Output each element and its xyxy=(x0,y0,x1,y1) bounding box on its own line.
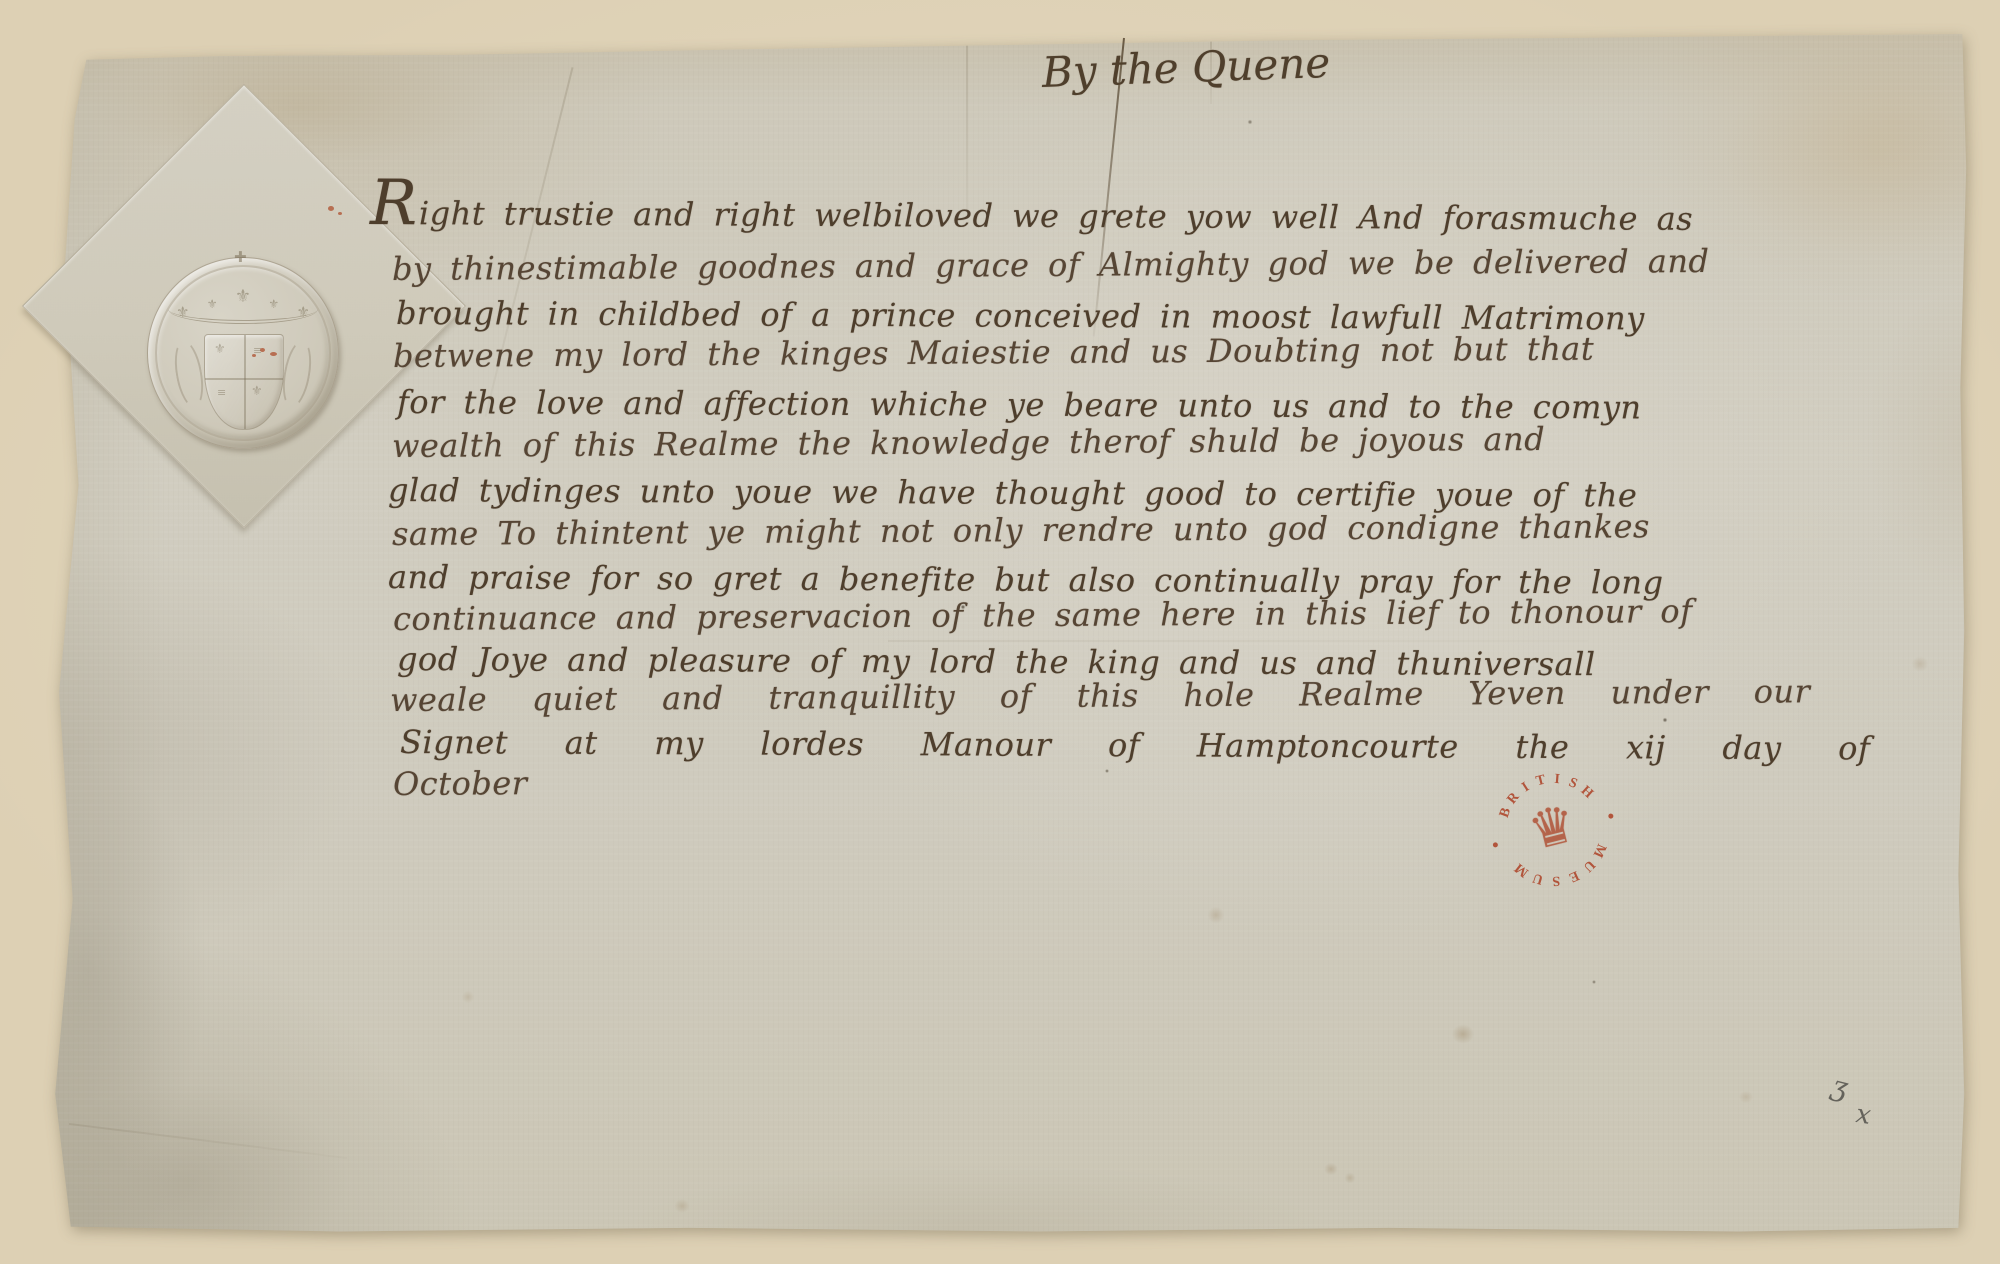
red-wax-speck xyxy=(338,212,342,215)
manuscript-line-8: same To thintent ye might not only rendr… xyxy=(392,507,1650,553)
fleur-de-lis-icon: ⚜ xyxy=(268,298,279,310)
shield-lions-icon: ≡ xyxy=(217,387,226,398)
manuscript-line-10: continuance and preservacion of the same… xyxy=(393,592,1693,638)
fleur-de-lis-icon: ⚜ xyxy=(297,305,310,320)
red-wax-speck xyxy=(260,348,265,352)
manuscript-line-2: by thinestimable goodnes and grace of Al… xyxy=(392,242,1710,288)
letter-heading: By the Quene xyxy=(1041,38,1331,97)
crease-line xyxy=(69,1123,347,1159)
seal-crown: ⚜ ⚜ ⚜ ⚜ ⚜ xyxy=(168,272,318,324)
red-wax-speck xyxy=(328,206,334,211)
shield-quarter-line xyxy=(205,378,283,380)
manuscript-line-1: Right trustie and right welbiloved we gr… xyxy=(370,194,1693,238)
manuscript-line-13: Signet at my lordes Manour of Hamptoncou… xyxy=(400,723,1870,767)
manuscript-line-4: betwene my lord the kinges Maiestie and … xyxy=(393,330,1594,375)
embossed-royal-seal: ✚ ⚜ ⚜ ⚜ ⚜ ⚜ ⚜ ≡ ≡ ⚜ xyxy=(147,257,339,449)
red-wax-speck xyxy=(270,352,277,356)
shield-quarter-line xyxy=(244,335,246,429)
seal-cross-finial-icon: ✚ xyxy=(234,248,247,266)
crease-line xyxy=(966,32,968,212)
shield-fleur-icon: ⚜ xyxy=(214,343,226,356)
fleur-de-lis-icon: ⚜ xyxy=(207,298,218,310)
red-wax-speck xyxy=(252,354,256,357)
fleur-de-lis-icon: ⚜ xyxy=(176,305,189,320)
shield-fleur-icon: ⚜ xyxy=(251,385,263,398)
fleur-de-lis-icon: ⚜ xyxy=(235,288,251,306)
manuscript-line-14: October xyxy=(393,764,528,803)
manuscript-line-6: wealth of this Realme the knowledge ther… xyxy=(392,420,1545,465)
photograph-of-letter: ✚ ⚜ ⚜ ⚜ ⚜ ⚜ ⚜ ≡ ≡ ⚜ By the Quene Right t… xyxy=(0,0,2000,1264)
